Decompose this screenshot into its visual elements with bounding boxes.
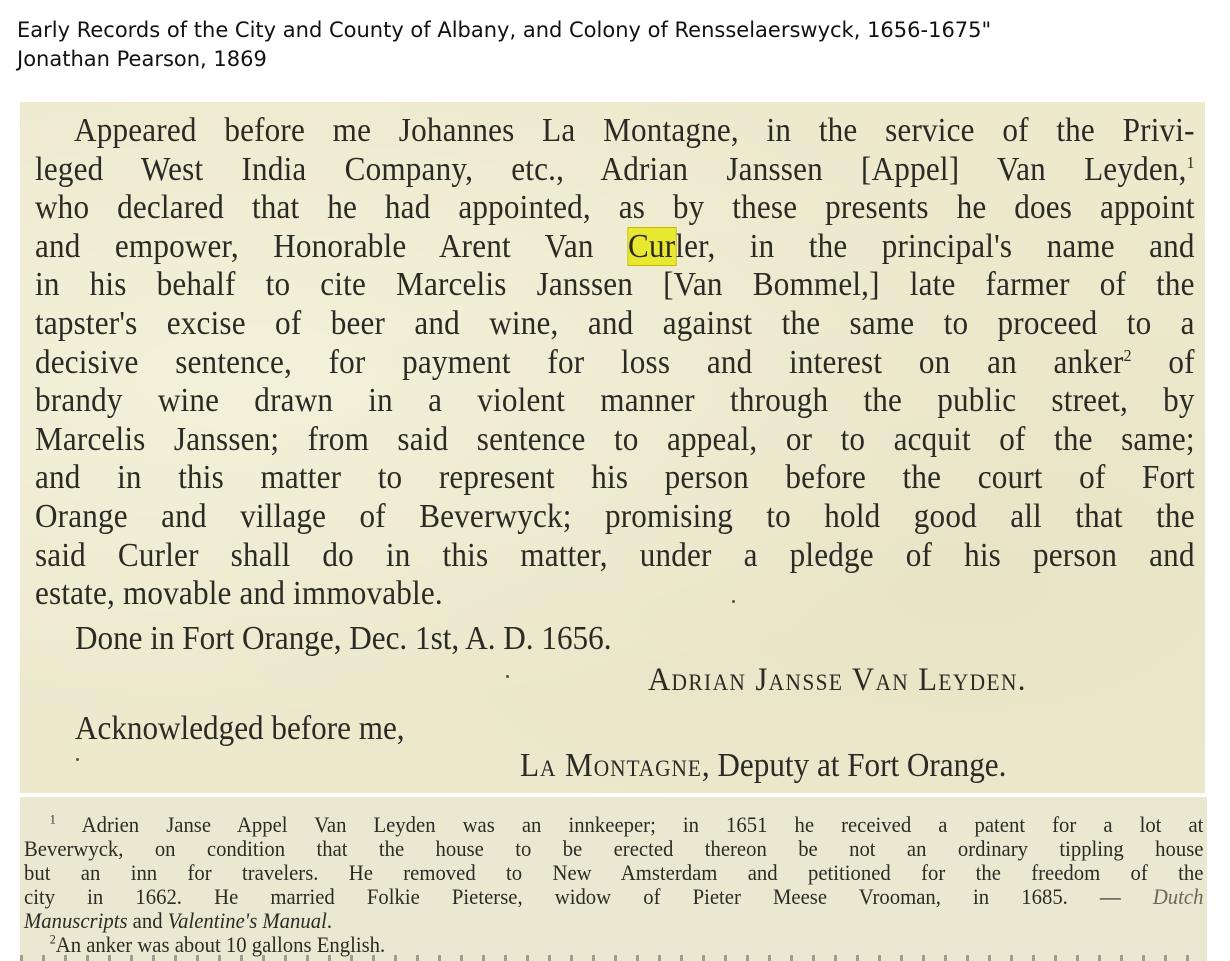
text-line: estate, movable and immovable. [35, 575, 1195, 614]
footnote-ref-1[interactable]: 1 [1187, 152, 1195, 171]
search-highlight[interactable]: Cur [628, 228, 675, 265]
text-line: brandy wine drawn in a violent manner th… [35, 382, 1195, 421]
text-line: said Curler shall do in this matter, und… [35, 537, 1195, 576]
footnotes-text: 1 Adrien Janse Appel Van Leyden was an i… [24, 813, 1110, 957]
text-line: Marcelis Janssen; from said sentence to … [35, 421, 1195, 460]
text-fragment: decisive sentence, for payment for loss … [35, 344, 1124, 381]
footnote-1-line: Beverwyck, on condition that the house t… [24, 837, 1203, 861]
text-line: Orange and village of Beverwyck; promisi… [35, 498, 1195, 537]
footnotes-scan: 1 Adrien Janse Appel Van Leyden was an i… [20, 797, 1207, 961]
caption-title: Early Records of the City and County of … [17, 16, 991, 45]
caption-author-year: Jonathan Pearson, 1869 [17, 45, 991, 74]
page-scan: Appeared before me Johannes La Montagne,… [20, 102, 1205, 793]
text-fragment: and empower, Honorable Arent Van [35, 228, 628, 265]
text-fragment: , in the principal's name and [707, 228, 1194, 265]
text-line: who declared that he had appointed, as b… [35, 189, 1195, 228]
scan-speck [506, 675, 509, 678]
text-fragment: ler [675, 228, 707, 265]
signature-adrian-jansse: Adrian Jansse Van Leyden. [648, 662, 1027, 699]
italic-source: Manuscripts [24, 908, 128, 933]
footnote-1-number: 1 [50, 812, 56, 827]
signature-la-montagne: La Montagne, Deputy at Fort Orange. [520, 747, 1006, 785]
scan-speck [76, 758, 79, 761]
footnote-1-line: city in 1662. He married Folkie Pieterse… [24, 885, 1203, 909]
footnote-2-line: 2An anker was about 10 gallons English. [24, 933, 1203, 957]
text-fragment: . [327, 908, 332, 933]
text-line: Appeared before me Johannes La Montagne,… [35, 112, 1195, 151]
text-fragment: leged West India Company, etc., Adrian J… [35, 151, 1187, 188]
text-line: tapster's excise of beer and wine, and a… [35, 305, 1195, 344]
italic-source: Valentine's Manual [168, 908, 327, 933]
signature-title: , Deputy at Fort Orange. [702, 747, 1007, 784]
text-line: leged West India Company, etc., Adrian J… [35, 151, 1195, 190]
done-in-fort-orange-line: Done in Fort Orange, Dec. 1st, A. D. 165… [75, 620, 611, 658]
footnote-1-line: but an inn for travelers. He removed to … [24, 861, 1203, 885]
footnote-1-line: 1 Adrien Janse Appel Van Leyden was an i… [24, 813, 1203, 837]
acknowledged-line: Acknowledged before me, [75, 710, 405, 748]
text-fragment: An anker was about 10 gallons English. [56, 932, 385, 957]
record-body-text: Appeared before me Johannes La Montagne,… [35, 112, 1114, 614]
text-fragment: city in 1662. He married Folkie Pieterse… [24, 884, 1121, 909]
text-fragment: Adrien Janse Appel Van Leyden was an inn… [82, 812, 1204, 837]
text-line: in his behalf to cite Marcelis Janssen [… [35, 266, 1195, 305]
footnote-1-line: Manuscripts and Valentine's Manual. [24, 909, 1203, 933]
scan-speck [732, 600, 735, 603]
cropped-next-line [20, 955, 1207, 961]
text-line: decisive sentence, for payment for loss … [35, 344, 1195, 383]
signature-name: La Montagne [520, 747, 702, 784]
text-line: and in this matter to represent his pers… [35, 459, 1195, 498]
text-fragment: and [128, 908, 168, 933]
italic-source: Dutch [1153, 884, 1204, 909]
text-line: and empower, Honorable Arent Van Curler,… [35, 228, 1195, 267]
document-caption: Early Records of the City and County of … [17, 16, 991, 74]
text-fragment: of [1132, 344, 1195, 381]
